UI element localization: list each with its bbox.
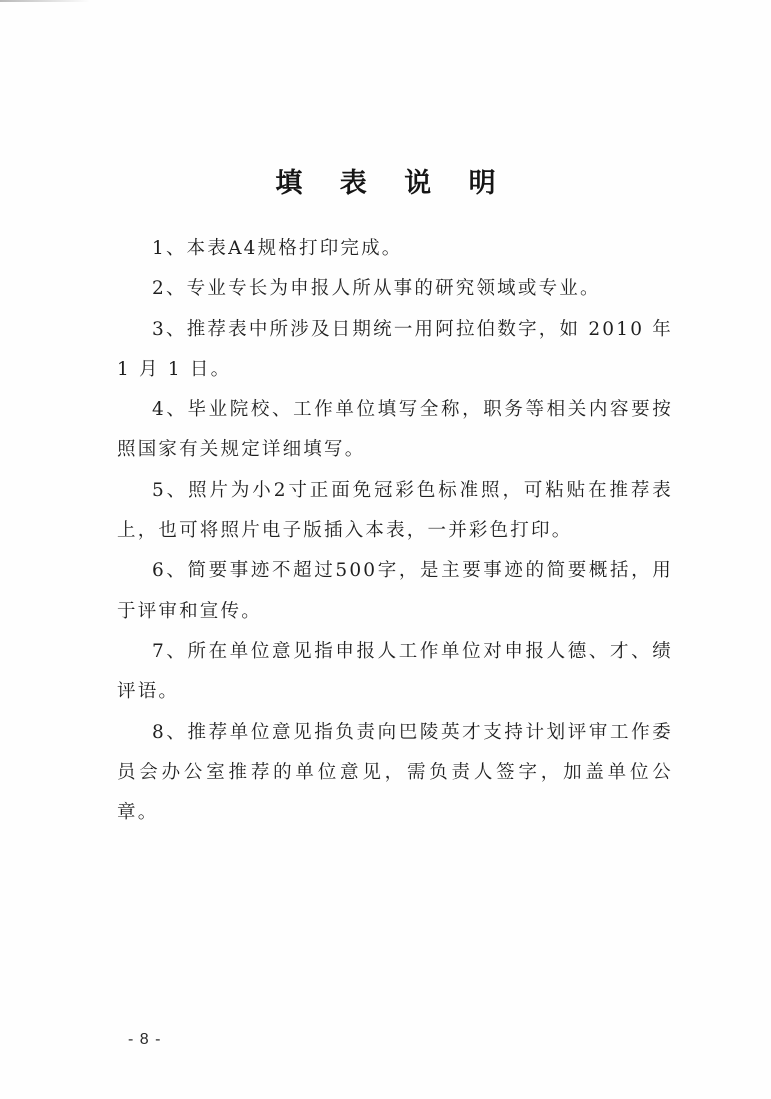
scan-edge-shadow [0, 0, 90, 2]
instruction-item-6: 6、简要事迹不超过500字，是主要事迹的简要概括，用于评审和宣传。 [117, 551, 673, 632]
document-page: 填 表 说 明 1、本表A4规格打印完成。 2、专业专长为申报人所从事的研究领域… [0, 0, 771, 1099]
page-number: - 8 - [128, 1031, 161, 1049]
instruction-item-3: 3、推荐表中所涉及日期统一用阿拉伯数字，如 2010 年 1 月 1 日。 [117, 310, 673, 391]
instruction-item-5: 5、照片为小2寸正面免冠彩色标准照，可粘贴在推荐表上，也可将照片电子版插入本表，… [117, 471, 673, 552]
instruction-item-2: 2、专业专长为申报人所从事的研究领域或专业。 [117, 269, 673, 309]
instruction-item-1: 1、本表A4规格打印完成。 [117, 229, 673, 269]
instruction-item-7: 7、所在单位意见指申报人工作单位对申报人德、才、绩评语。 [117, 632, 673, 713]
instruction-item-4: 4、毕业院校、工作单位填写全称，职务等相关内容要按照国家有关规定详细填写。 [117, 390, 673, 471]
page-title: 填 表 说 明 [0, 161, 771, 200]
instruction-item-8: 8、推荐单位意见指负责向巴陵英才支持计划评审工作委员会办公室推荐的单位意见，需负… [117, 713, 673, 834]
instructions-list: 1、本表A4规格打印完成。 2、专业专长为申报人所从事的研究领域或专业。 3、推… [117, 229, 673, 833]
